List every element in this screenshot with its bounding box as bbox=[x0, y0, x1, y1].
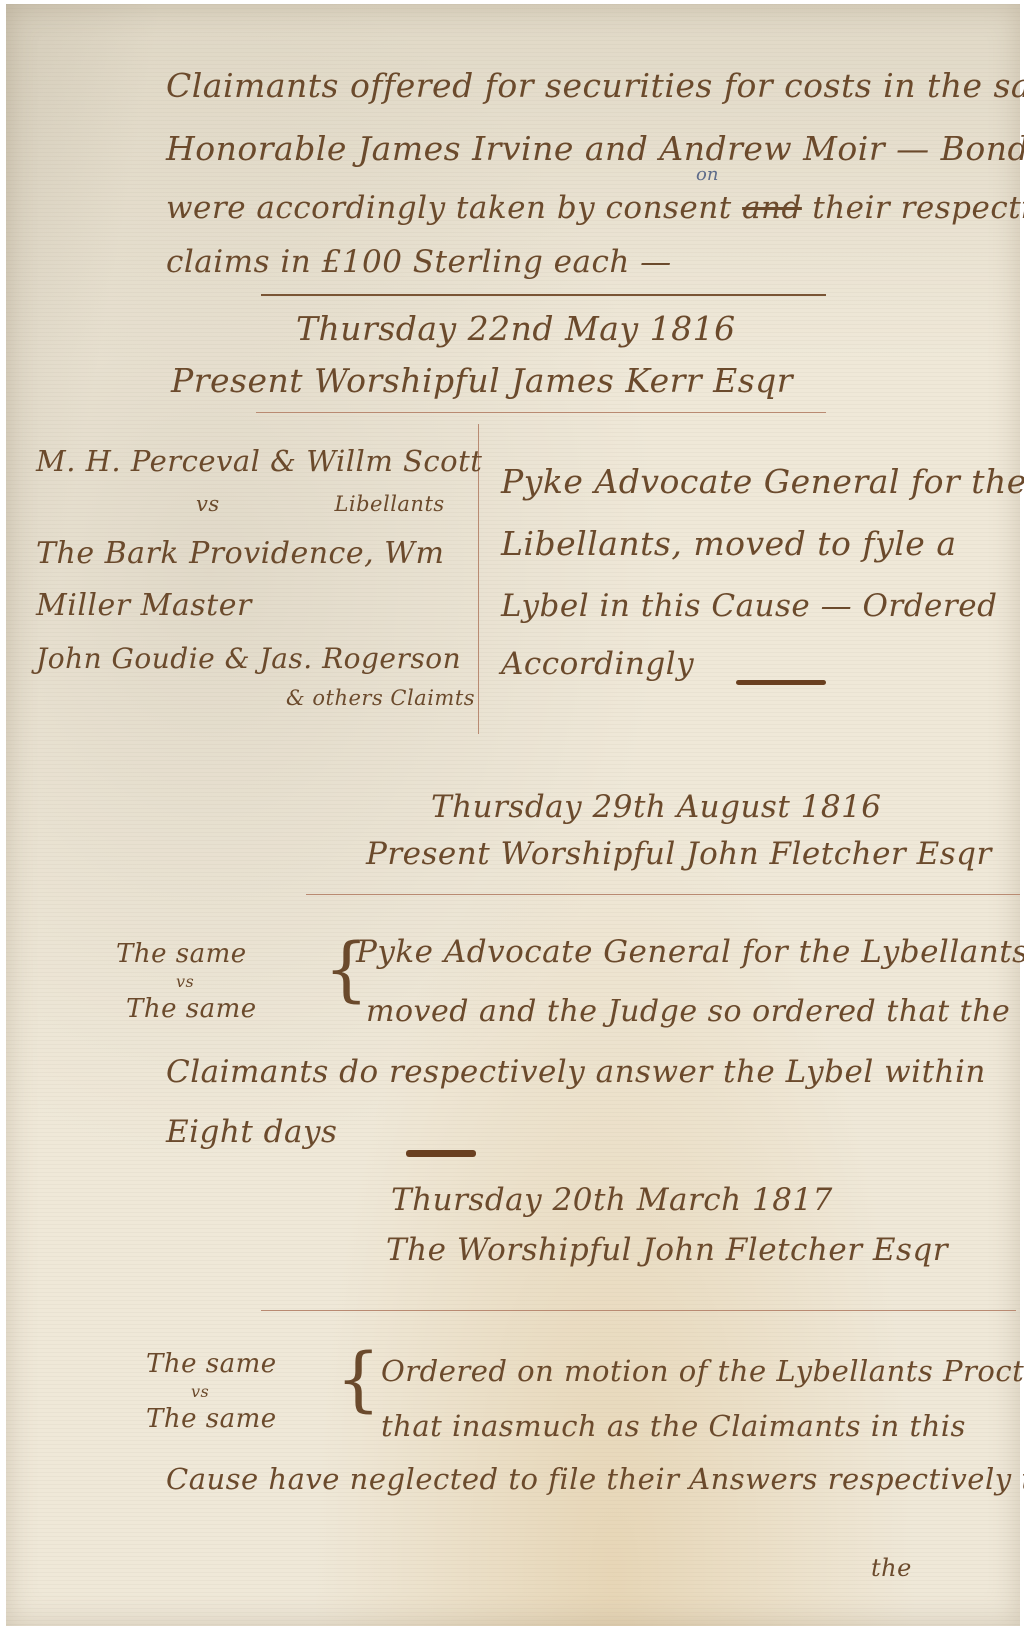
entry-3-party-vs: vs bbox=[191, 1382, 209, 1401]
entry-1-underline bbox=[256, 412, 826, 413]
entry-3-party-1: The same bbox=[146, 1349, 277, 1379]
opening-line-2: Honorable James Irvine and Andrew Moir —… bbox=[166, 129, 1024, 168]
bracket-glyph: { bbox=[336, 1344, 381, 1414]
entry-3-minute-2: that inasmuch as the Claimants in this bbox=[381, 1409, 966, 1443]
opening-line-3-tail: their respective bbox=[812, 190, 1024, 226]
entry-1-party-1: M. H. Perceval & Willm Scott bbox=[36, 444, 482, 478]
entry-2-party-vs: vs bbox=[176, 972, 194, 991]
interlinear-insert: on bbox=[696, 164, 718, 185]
entry-1-minute-3: Lybel in this Cause — Ordered bbox=[501, 588, 997, 624]
opening-line-3: were accordingly taken by consent and th… bbox=[166, 190, 1024, 226]
entry-1-date: Thursday 22nd May 1816 bbox=[296, 309, 736, 348]
entry-2-minute-3: Claimants do respectively answer the Lyb… bbox=[166, 1054, 986, 1090]
section-divider bbox=[261, 294, 826, 296]
closing-flourish bbox=[736, 680, 826, 685]
opening-line-3-text: were accordingly taken by consent bbox=[166, 190, 732, 226]
manuscript-page: Claimants offered for securities for cos… bbox=[6, 4, 1020, 1626]
entry-3-minute-1: Ordered on motion of the Lybellants Proc… bbox=[381, 1354, 1024, 1388]
entry-1-party-5: John Goudie & Jas. Rogerson bbox=[36, 642, 461, 675]
entry-1-party-2: vs Libellants bbox=[196, 492, 445, 516]
entry-3-minute-3: Cause have neglected to file their Answe… bbox=[166, 1462, 1024, 1496]
entry-3-party-2: The same bbox=[146, 1404, 277, 1434]
entry-1-minute-2: Libellants, moved to fyle a bbox=[501, 524, 957, 563]
entry-3-date: Thursday 20th March 1817 bbox=[391, 1182, 833, 1218]
opening-line-1: Claimants offered for securities for cos… bbox=[166, 66, 1024, 105]
entry-2-party-1: The same bbox=[116, 939, 247, 969]
entry-2-minute-2: moved and the Judge so ordered that the bbox=[366, 994, 1010, 1029]
entry-2-minute-1: Pyke Advocate General for the Lybellants bbox=[356, 934, 1024, 970]
entry-1-minute-1: Pyke Advocate General for the bbox=[501, 462, 1024, 501]
struck-word: and bbox=[742, 190, 802, 226]
entry-1-party-6: & others Claimts bbox=[286, 686, 475, 710]
entry-2-underline bbox=[306, 894, 1020, 895]
entry-1-party-3: The Bark Providence, Wm bbox=[36, 536, 444, 571]
entry-1-minute-4: Accordingly bbox=[501, 646, 694, 682]
entry-1-party-4: Miller Master bbox=[36, 588, 252, 623]
catchword: the bbox=[871, 1554, 912, 1582]
closing-flourish bbox=[406, 1150, 476, 1157]
opening-line-4: claims in £100 Sterling each — bbox=[166, 244, 672, 280]
entry-2-present: Present Worshipful John Fletcher Esqr bbox=[366, 836, 992, 872]
entry-3-underline bbox=[261, 1310, 1016, 1311]
entry-2-minute-4: Eight days bbox=[166, 1114, 337, 1150]
entry-1-present: Present Worshipful James Kerr Esqr bbox=[171, 361, 793, 400]
entry-2-party-2: The same bbox=[126, 994, 257, 1024]
entry-2-date: Thursday 29th August 1816 bbox=[431, 789, 882, 825]
entry-3-present: The Worshipful John Fletcher Esqr bbox=[386, 1232, 948, 1268]
